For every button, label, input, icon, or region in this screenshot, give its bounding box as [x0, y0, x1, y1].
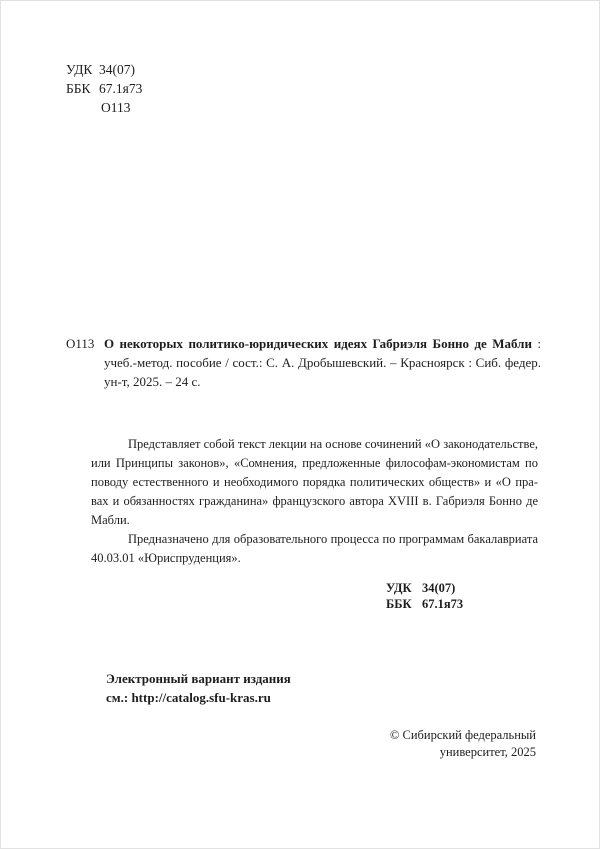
electronic-edition-note: Электронный вариант издания см.: http://… [106, 669, 291, 707]
bbk-label-bold: ББК [386, 596, 422, 612]
annotation-paragraph-2: Предназначено для образовательного проце… [91, 530, 538, 568]
electronic-edition-url: см.: http://catalog.sfu-kras.ru [106, 688, 291, 707]
copyright-year: университет, 2025 [390, 744, 536, 761]
bbk-label: ББК [66, 79, 99, 98]
imprint-page: УДК34(07) ББК67.1я73 О113 О113 О некотор… [0, 0, 600, 849]
annotation-paragraph-1: Представляет собой текст лекции на основ… [91, 435, 538, 530]
udc-code-bold: 34(07) [422, 581, 455, 595]
bbk-code: 67.1я73 [99, 81, 142, 96]
catalog-card: О113 О некоторых политико-юридических ид… [66, 334, 541, 391]
udc-bbk-top-block: УДК34(07) ББК67.1я73 О113 [66, 60, 142, 117]
udc-code: 34(07) [99, 62, 135, 77]
bbk-line-bold: ББК67.1я73 [386, 596, 463, 612]
udc-line: УДК34(07) [66, 60, 142, 79]
catalog-card-entry: О некоторых политико-юридических идеях Г… [104, 334, 541, 391]
udc-line-bold: УДК34(07) [386, 580, 463, 596]
electronic-edition-title: Электронный вариант издания [106, 669, 291, 688]
udc-label-bold: УДК [386, 580, 422, 596]
annotation-block: Представляет собой текст лекции на основ… [91, 435, 538, 568]
udc-label: УДК [66, 60, 99, 79]
copyright-notice: © Сибирский федеральный университет, 202… [390, 727, 536, 761]
copyright-holder: © Сибирский федеральный [390, 727, 536, 744]
catalog-card-author-mark: О113 [66, 334, 104, 391]
author-mark: О113 [66, 98, 142, 117]
classification-block: УДК34(07) ББК67.1я73 [386, 580, 463, 612]
bbk-line: ББК67.1я73 [66, 79, 142, 98]
bbk-code-bold: 67.1я73 [422, 597, 463, 611]
book-title: О некоторых политико-юридических идеях Г… [104, 336, 532, 351]
